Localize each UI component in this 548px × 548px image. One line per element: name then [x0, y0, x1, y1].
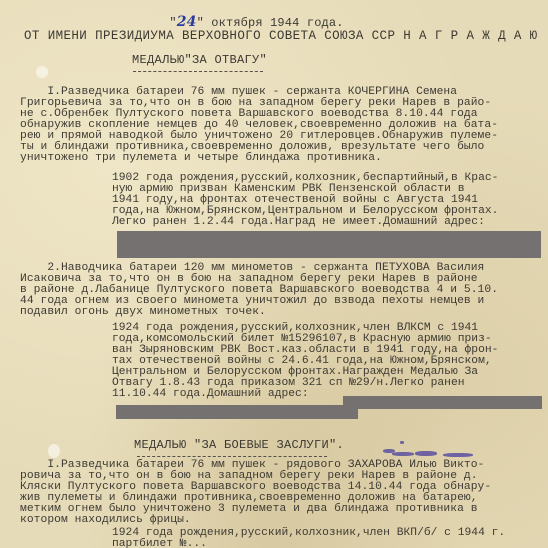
paper-stain [48, 444, 60, 458]
handwritten-day: 24 [177, 14, 197, 30]
ink-mark [392, 452, 414, 456]
citation-line: подавил огонь двух минометных точек. [20, 307, 540, 318]
award-title-combat-merit: МЕДАЛЬЮ "ЗА БОЕВЫЕ ЗАСЛУГИ". [134, 440, 344, 451]
entry-2-biography: 1924 года рождения,русский,колхозник,чле… [112, 323, 542, 400]
bio-line: Легко ранен 1.2.44 года.Наград не имеет.… [112, 217, 542, 228]
archival-award-order-page: "24" октября 1944 года. ОТ ИМЕНИ ПРЕЗИДИ… [0, 0, 548, 548]
entry-1-biography: 1902 года рождения,русский,колхозник,бес… [112, 173, 542, 228]
redaction-box-address-2b [116, 405, 358, 419]
citation-line: уничтожено три пулемета и четыре блиндаж… [20, 153, 540, 164]
redaction-box-address-1 [117, 231, 541, 258]
date-quote-open: " [169, 16, 176, 30]
paper-stain [36, 66, 48, 78]
ink-mark [400, 441, 404, 444]
date-quote-close: " [197, 16, 204, 30]
redaction-box-address-2a [343, 396, 542, 409]
citation-line: котором находились фрицы. [20, 515, 540, 526]
bio-line: партбилет №... [112, 539, 542, 548]
award-title-bravery: МЕДАЛЬЮ"ЗА ОТВАГУ" [132, 55, 267, 66]
award-title-underline [133, 71, 263, 72]
date-month-year: октября 1944 года. [204, 16, 344, 30]
ink-mark [415, 451, 437, 456]
entry-3-citation: I.Разведчика батареи 76 мм пушек - рядов… [20, 460, 540, 526]
award-title-underline [137, 456, 327, 457]
order-heading: ОТ ИМЕНИ ПРЕЗИДИУМА ВЕРХОВНОГО СОВЕТА СО… [24, 31, 548, 42]
ink-mark [443, 453, 473, 457]
entry-3-biography: 1924 года рождения,русский,колхозник,чле… [112, 528, 542, 548]
entry-2-citation: 2.Наводчика батареи 120 мм минометов - с… [20, 263, 540, 318]
entry-1-citation: I.Разведчика батареи 76 мм пушек - сержа… [20, 87, 540, 164]
